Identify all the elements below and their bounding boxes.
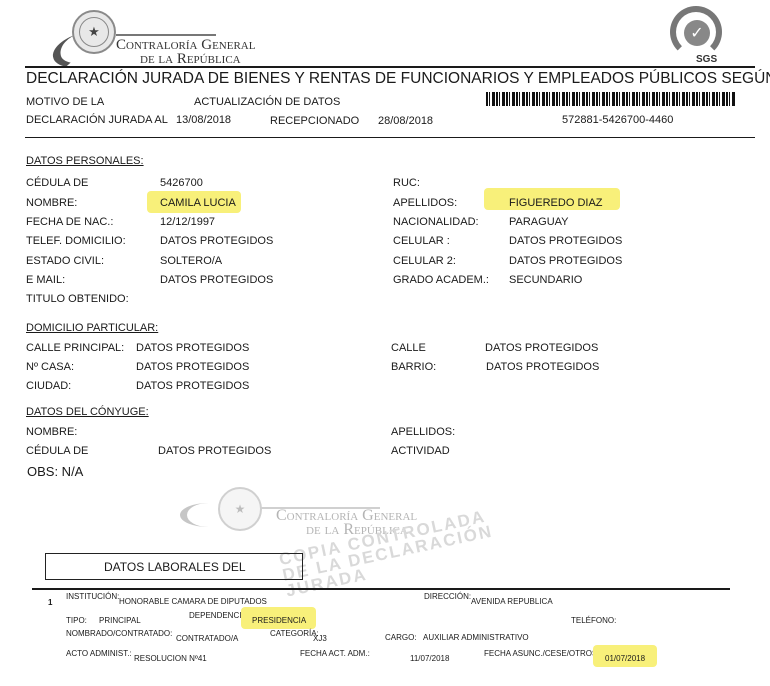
calle-principal-label: CALLE PRINCIPAL: <box>26 342 124 354</box>
celular-value: DATOS PROTEGIDOS <box>509 235 622 247</box>
declaracion-label: DECLARACIÓN JURADA AL <box>26 114 168 126</box>
conyuge-cedula-value: DATOS PROTEGIDOS <box>158 445 271 457</box>
categoria-label: CATEGORÍA: <box>270 629 319 638</box>
recepcionado-date: 28/08/2018 <box>378 115 433 127</box>
institucion-label: INSTITUCIÓN: <box>66 592 119 601</box>
categoria-value: XJ3 <box>313 634 327 643</box>
fecha-asunc-value: 01/07/2018 <box>605 654 645 663</box>
recepcionado-label: RECEPCIONADO <box>270 115 359 127</box>
observaciones: OBS: N/A <box>27 464 83 479</box>
conyuge-actividad-label: ACTIVIDAD <box>391 445 450 457</box>
personal-section-title: DATOS PERSONALES: <box>26 155 144 167</box>
telefono-label: TELÉFONO: <box>571 616 616 625</box>
fecha-act-value: 11/07/2018 <box>410 654 449 663</box>
fecha-nac-label: FECHA DE NAC.: <box>26 216 113 228</box>
nacionalidad-label: NACIONALIDAD: <box>393 216 479 228</box>
nombre-value: CAMILA LUCIA <box>160 197 236 209</box>
telef-domicilio-label: TELEF. DOMICILIO: <box>26 235 126 247</box>
national-seal-icon: ★ <box>72 10 116 54</box>
nombrado-label: NOMBRADO/CONTRATADO: <box>66 629 172 638</box>
org-name-line2: de la República <box>116 52 255 66</box>
cargo-value: AUXILIAR ADMINISTRATIVO <box>423 633 529 642</box>
nombre-label: NOMBRE: <box>26 197 77 209</box>
ciudad-value: DATOS PROTEGIDOS <box>136 380 249 392</box>
tipo-label: TIPO: <box>66 616 87 625</box>
direccion-value: AVENIDA REPUBLICA <box>471 597 553 606</box>
nacionalidad-value: PARAGUAY <box>509 216 569 228</box>
conyuge-cedula-label: CÉDULA DE <box>26 445 88 457</box>
document-title: DECLARACIÓN JURADA DE BIENES Y RENTAS DE… <box>26 70 770 88</box>
email-value: DATOS PROTEGIDOS <box>160 274 273 286</box>
barrio-label: BARRIO: <box>391 361 436 373</box>
apellidos-label: APELLIDOS: <box>393 197 457 209</box>
acto-admin-value: RESOLUCION Nº41 <box>134 654 207 663</box>
dependencia-value: PRESIDENCIA <box>252 616 306 625</box>
ciudad-label: CIUDAD: <box>26 380 71 392</box>
laborales-section-title: DATOS LABORALES DEL <box>104 560 246 574</box>
celular2-label: CELULAR 2: <box>393 255 456 267</box>
motivo-label: MOTIVO DE LA <box>26 96 104 108</box>
watermark-seal-icon: ★ <box>218 487 262 531</box>
logo-line-decoration <box>116 34 216 36</box>
nro-casa-value: DATOS PROTEGIDOS <box>136 361 249 373</box>
institucion-value: HONORABLE CAMARA DE DIPUTADOS <box>119 597 267 606</box>
entry-index: 1 <box>48 598 52 607</box>
header-bottom-rule <box>25 137 755 138</box>
sgs-certification-logo: ✓ SGS <box>670 6 726 58</box>
estado-civil-value: SOLTERO/A <box>160 255 222 267</box>
declaracion-date: 13/08/2018 <box>176 114 231 126</box>
laborales-rule <box>32 588 730 590</box>
titulo-label: TITULO OBTENIDO: <box>26 293 129 305</box>
barcode-number: 572881-5426700-4460 <box>562 114 673 126</box>
celular2-value: DATOS PROTEGIDOS <box>509 255 622 267</box>
conyuge-apellidos-label: APELLIDOS: <box>391 426 455 438</box>
sgs-label: SGS <box>696 54 717 65</box>
calle-label: CALLE <box>391 342 426 354</box>
grado-academ-label: GRADO ACADEM.: <box>393 274 489 286</box>
grado-academ-value: SECUNDARIO <box>509 274 582 286</box>
conyuge-nombre-label: NOMBRE: <box>26 426 77 438</box>
org-name: Contraloría General de la República <box>116 38 255 66</box>
fecha-asunc-label: FECHA ASUNC./CESE/OTROS: <box>484 649 600 658</box>
cedula-label: CÉDULA DE <box>26 177 88 189</box>
calle-principal-value: DATOS PROTEGIDOS <box>136 342 249 354</box>
nro-casa-label: Nº CASA: <box>26 361 74 373</box>
motivo-value: ACTUALIZACIÓN DE DATOS <box>194 96 340 108</box>
barrio-value: DATOS PROTEGIDOS <box>486 361 599 373</box>
dependencia-label: DEPENDENCIA: <box>189 611 249 620</box>
laborales-section-box: DATOS LABORALES DEL <box>45 553 303 580</box>
domicilio-section-title: DOMICILIO PARTICULAR: <box>26 322 158 334</box>
fecha-act-label: FECHA ACT. ADM.: <box>300 649 370 658</box>
cedula-value: 5426700 <box>160 177 203 189</box>
email-label: E MAIL: <box>26 274 65 286</box>
estado-civil-label: ESTADO CIVIL: <box>26 255 104 267</box>
apellidos-value: FIGUEREDO DIAZ <box>509 197 603 209</box>
telef-domicilio-value: DATOS PROTEGIDOS <box>160 235 273 247</box>
header-top-rule <box>25 66 755 68</box>
calle-value: DATOS PROTEGIDOS <box>485 342 598 354</box>
cargo-label: CARGO: <box>385 633 417 642</box>
nombrado-value: CONTRATADO/A <box>176 634 238 643</box>
acto-admin-label: ACTO ADMINIST.: <box>66 649 132 658</box>
ruc-label: RUC: <box>393 177 420 189</box>
barcode-icon <box>486 92 736 106</box>
celular-label: CELULAR : <box>393 235 450 247</box>
sgs-certification-check-icon: ✓ <box>684 20 710 46</box>
tipo-value: PRINCIPAL <box>99 616 141 625</box>
conyuge-section-title: DATOS DEL CÓNYUGE: <box>26 406 149 418</box>
direccion-label: DIRECCIÓN: <box>424 592 471 601</box>
fecha-nac-value: 12/12/1997 <box>160 216 215 228</box>
